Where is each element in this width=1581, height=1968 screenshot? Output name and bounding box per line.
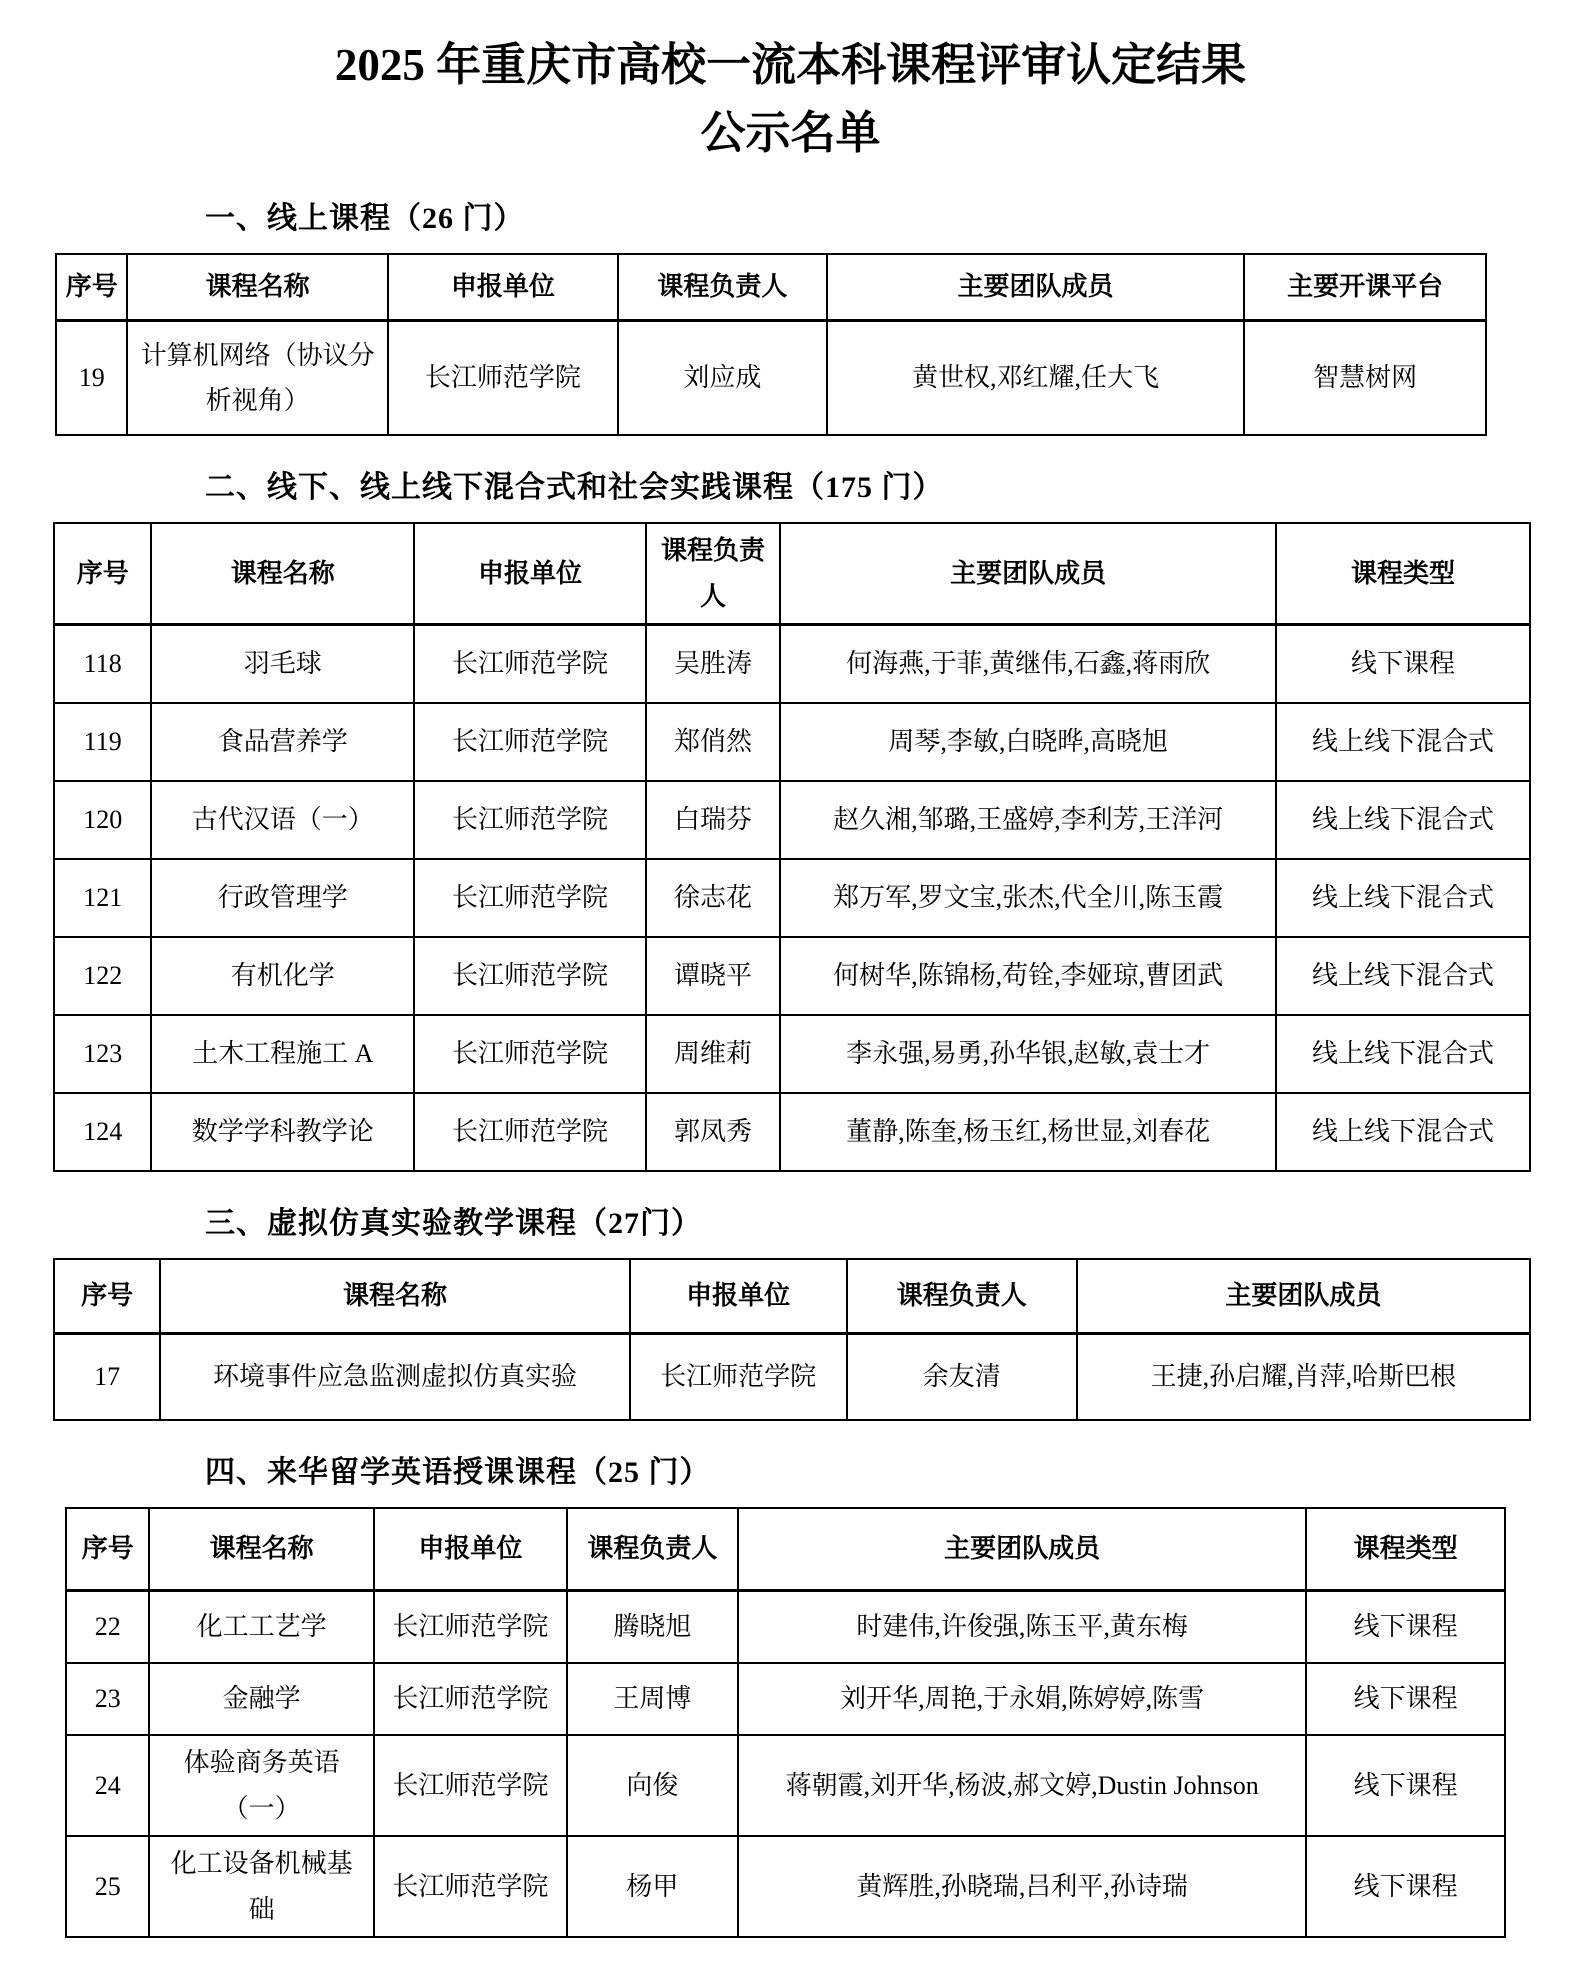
table-cell: 长江师范学院 <box>374 1663 567 1735</box>
column-header: 主要团队成员 <box>780 523 1276 625</box>
section-heading-english-taught-courses: 四、来华留学英语授课课程（25 门） <box>205 1447 1581 1491</box>
column-header: 申报单位 <box>630 1259 847 1334</box>
table-cell: 长江师范学院 <box>414 937 646 1015</box>
table-cell: 腾晓旭 <box>567 1591 738 1664</box>
table-row: 123土木工程施工 A长江师范学院周维莉李永强,易勇,孙华银,赵敏,袁士才线上线… <box>54 1015 1530 1093</box>
table-cell: 食品营养学 <box>151 703 414 781</box>
column-header: 课程负责人 <box>646 523 780 625</box>
section-heading-offline-blended-courses: 二、线下、线上线下混合式和社会实践课程（175 门） <box>205 462 1581 506</box>
table-cell: 24 <box>66 1735 149 1836</box>
column-header: 课程名称 <box>151 523 414 625</box>
table-cell: 长江师范学院 <box>414 625 646 704</box>
column-header: 课程名称 <box>127 254 387 321</box>
column-header: 课程类型 <box>1306 1508 1505 1591</box>
column-header: 序号 <box>66 1508 149 1591</box>
column-header: 主要团队成员 <box>827 254 1245 321</box>
table-cell: 蒋朝霞,刘开华,杨波,郝文婷,Dustin Johnson <box>738 1735 1306 1836</box>
online-courses-table: 序号课程名称申报单位课程负责人主要团队成员主要开课平台 19计算机网络（协议分析… <box>55 253 1487 436</box>
table-cell: 王周博 <box>567 1663 738 1735</box>
table-cell: 环境事件应急监测虚拟仿真实验 <box>160 1334 629 1421</box>
column-header: 主要团队成员 <box>738 1508 1306 1591</box>
table-cell: 刘应成 <box>618 321 827 436</box>
table-cell: 长江师范学院 <box>374 1735 567 1836</box>
table-row: 17环境事件应急监测虚拟仿真实验长江师范学院余友清王捷,孙启耀,肖萍,哈斯巴根 <box>54 1334 1530 1421</box>
table-cell: 古代汉语（一） <box>151 781 414 859</box>
table-cell: 长江师范学院 <box>374 1591 567 1664</box>
column-header: 申报单位 <box>374 1508 567 1591</box>
table-cell: 22 <box>66 1591 149 1664</box>
table-cell: 化工工艺学 <box>149 1591 373 1664</box>
section-heading-online-courses: 一、线上课程（26 门） <box>205 193 1581 237</box>
table-cell: 长江师范学院 <box>630 1334 847 1421</box>
table-cell: 线上线下混合式 <box>1276 859 1530 937</box>
virtual-simulation-courses-table: 序号课程名称申报单位课程负责人主要团队成员 17环境事件应急监测虚拟仿真实验长江… <box>53 1258 1531 1421</box>
table-cell: 黄世权,邓红耀,任大飞 <box>827 321 1245 436</box>
column-header: 主要团队成员 <box>1077 1259 1530 1334</box>
document-page: 2025 年重庆市高校一流本科课程评审认定结果 公示名单 一、线上课程（26 门… <box>0 0 1581 1968</box>
table-cell: 线上线下混合式 <box>1276 703 1530 781</box>
table-cell: 线上线下混合式 <box>1276 1093 1530 1171</box>
table-row: 122有机化学长江师范学院谭晓平何树华,陈锦杨,苟铨,李娅琼,曹团武线上线下混合… <box>54 937 1530 1015</box>
table-header-row: 序号课程名称申报单位课程负责人主要团队成员课程类型 <box>54 523 1530 625</box>
column-header: 序号 <box>54 523 151 625</box>
table-cell: 杨甲 <box>567 1836 738 1937</box>
column-header: 序号 <box>54 1259 160 1334</box>
table-cell: 数学学科教学论 <box>151 1093 414 1171</box>
table-cell: 行政管理学 <box>151 859 414 937</box>
table-cell: 线下课程 <box>1306 1735 1505 1836</box>
table-cell: 线下课程 <box>1276 625 1530 704</box>
table-cell: 土木工程施工 A <box>151 1015 414 1093</box>
table-row: 120古代汉语（一）长江师范学院白瑞芬赵久湘,邹璐,王盛婷,李利芳,王洋河线上线… <box>54 781 1530 859</box>
table-cell: 何树华,陈锦杨,苟铨,李娅琼,曹团武 <box>780 937 1276 1015</box>
table-cell: 谭晓平 <box>646 937 780 1015</box>
table-row: 118羽毛球长江师范学院吴胜涛何海燕,于菲,黄继伟,石鑫,蒋雨欣线下课程 <box>54 625 1530 704</box>
table-cell: 化工设备机械基础 <box>149 1836 373 1937</box>
table-cell: 长江师范学院 <box>388 321 618 436</box>
table-cell: 120 <box>54 781 151 859</box>
table-cell: 董静,陈奎,杨玉红,杨世显,刘春花 <box>780 1093 1276 1171</box>
page-title-line2: 公示名单 <box>0 100 1581 168</box>
table-cell: 线下课程 <box>1306 1663 1505 1735</box>
table-cell: 线上线下混合式 <box>1276 937 1530 1015</box>
offline-blended-courses-table: 序号课程名称申报单位课程负责人主要团队成员课程类型 118羽毛球长江师范学院吴胜… <box>53 522 1531 1172</box>
table-cell: 余友清 <box>847 1334 1077 1421</box>
table-cell: 金融学 <box>149 1663 373 1735</box>
column-header: 序号 <box>56 254 127 321</box>
column-header: 主要开课平台 <box>1244 254 1486 321</box>
column-header: 课程类型 <box>1276 523 1530 625</box>
column-header: 课程名称 <box>149 1508 373 1591</box>
column-header: 课程负责人 <box>847 1259 1077 1334</box>
table-row: 23金融学长江师范学院王周博刘开华,周艳,于永娟,陈婷婷,陈雪线下课程 <box>66 1663 1505 1735</box>
page-title: 2025 年重庆市高校一流本科课程评审认定结果 公示名单 <box>0 32 1581 167</box>
table-cell: 向俊 <box>567 1735 738 1836</box>
table-cell: 吴胜涛 <box>646 625 780 704</box>
table-cell: 智慧树网 <box>1244 321 1486 436</box>
table-cell: 122 <box>54 937 151 1015</box>
table-header-row: 序号课程名称申报单位课程负责人主要团队成员课程类型 <box>66 1508 1505 1591</box>
english-taught-courses-table: 序号课程名称申报单位课程负责人主要团队成员课程类型 22化工工艺学长江师范学院腾… <box>65 1507 1506 1938</box>
table-cell: 有机化学 <box>151 937 414 1015</box>
column-header: 课程负责人 <box>618 254 827 321</box>
table-cell: 线下课程 <box>1306 1591 1505 1664</box>
table-cell: 长江师范学院 <box>374 1836 567 1937</box>
table-cell: 黄辉胜,孙晓瑞,吕利平,孙诗瑞 <box>738 1836 1306 1937</box>
table-cell: 何海燕,于菲,黄继伟,石鑫,蒋雨欣 <box>780 625 1276 704</box>
table-cell: 长江师范学院 <box>414 1015 646 1093</box>
table-cell: 计算机网络（协议分析视角） <box>127 321 387 436</box>
table-cell: 123 <box>54 1015 151 1093</box>
table-cell: 124 <box>54 1093 151 1171</box>
table-cell: 线下课程 <box>1306 1836 1505 1937</box>
table-cell: 郭凤秀 <box>646 1093 780 1171</box>
table-cell: 长江师范学院 <box>414 859 646 937</box>
table-cell: 23 <box>66 1663 149 1735</box>
column-header: 课程负责人 <box>567 1508 738 1591</box>
table-cell: 徐志花 <box>646 859 780 937</box>
table-row: 119食品营养学长江师范学院郑俏然周琴,李敏,白晓晔,高晓旭线上线下混合式 <box>54 703 1530 781</box>
table-cell: 118 <box>54 625 151 704</box>
table-cell: 羽毛球 <box>151 625 414 704</box>
table-cell: 长江师范学院 <box>414 1093 646 1171</box>
table-row: 22化工工艺学长江师范学院腾晓旭时建伟,许俊强,陈玉平,黄东梅线下课程 <box>66 1591 1505 1664</box>
table-row: 121行政管理学长江师范学院徐志花郑万军,罗文宝,张杰,代全川,陈玉霞线上线下混… <box>54 859 1530 937</box>
table-cell: 线上线下混合式 <box>1276 1015 1530 1093</box>
table-cell: 时建伟,许俊强,陈玉平,黄东梅 <box>738 1591 1306 1664</box>
table-cell: 长江师范学院 <box>414 703 646 781</box>
table-cell: 刘开华,周艳,于永娟,陈婷婷,陈雪 <box>738 1663 1306 1735</box>
column-header: 申报单位 <box>388 254 618 321</box>
table-cell: 119 <box>54 703 151 781</box>
table-header-row: 序号课程名称申报单位课程负责人主要团队成员 <box>54 1259 1530 1334</box>
page-title-line1: 2025 年重庆市高校一流本科课程评审认定结果 <box>0 32 1581 100</box>
table-cell: 19 <box>56 321 127 436</box>
column-header: 申报单位 <box>414 523 646 625</box>
table-row: 24体验商务英语（一）长江师范学院向俊蒋朝霞,刘开华,杨波,郝文婷,Dustin… <box>66 1735 1505 1836</box>
table-cell: 长江师范学院 <box>414 781 646 859</box>
table-cell: 周维莉 <box>646 1015 780 1093</box>
table-cell: 线上线下混合式 <box>1276 781 1530 859</box>
table-cell: 25 <box>66 1836 149 1937</box>
column-header: 课程名称 <box>160 1259 629 1334</box>
table-cell: 郑俏然 <box>646 703 780 781</box>
table-row: 19计算机网络（协议分析视角）长江师范学院刘应成黄世权,邓红耀,任大飞智慧树网 <box>56 321 1486 436</box>
table-row: 124数学学科教学论长江师范学院郭凤秀董静,陈奎,杨玉红,杨世显,刘春花线上线下… <box>54 1093 1530 1171</box>
table-cell: 赵久湘,邹璐,王盛婷,李利芳,王洋河 <box>780 781 1276 859</box>
table-cell: 郑万军,罗文宝,张杰,代全川,陈玉霞 <box>780 859 1276 937</box>
table-cell: 121 <box>54 859 151 937</box>
table-cell: 李永强,易勇,孙华银,赵敏,袁士才 <box>780 1015 1276 1093</box>
table-cell: 体验商务英语（一） <box>149 1735 373 1836</box>
table-cell: 王捷,孙启耀,肖萍,哈斯巴根 <box>1077 1334 1530 1421</box>
table-cell: 17 <box>54 1334 160 1421</box>
table-row: 25化工设备机械基础长江师范学院杨甲黄辉胜,孙晓瑞,吕利平,孙诗瑞线下课程 <box>66 1836 1505 1937</box>
table-cell: 白瑞芬 <box>646 781 780 859</box>
table-cell: 周琴,李敏,白晓晔,高晓旭 <box>780 703 1276 781</box>
section-heading-virtual-simulation-courses: 三、虚拟仿真实验教学课程（27门） <box>205 1198 1581 1242</box>
table-header-row: 序号课程名称申报单位课程负责人主要团队成员主要开课平台 <box>56 254 1486 321</box>
